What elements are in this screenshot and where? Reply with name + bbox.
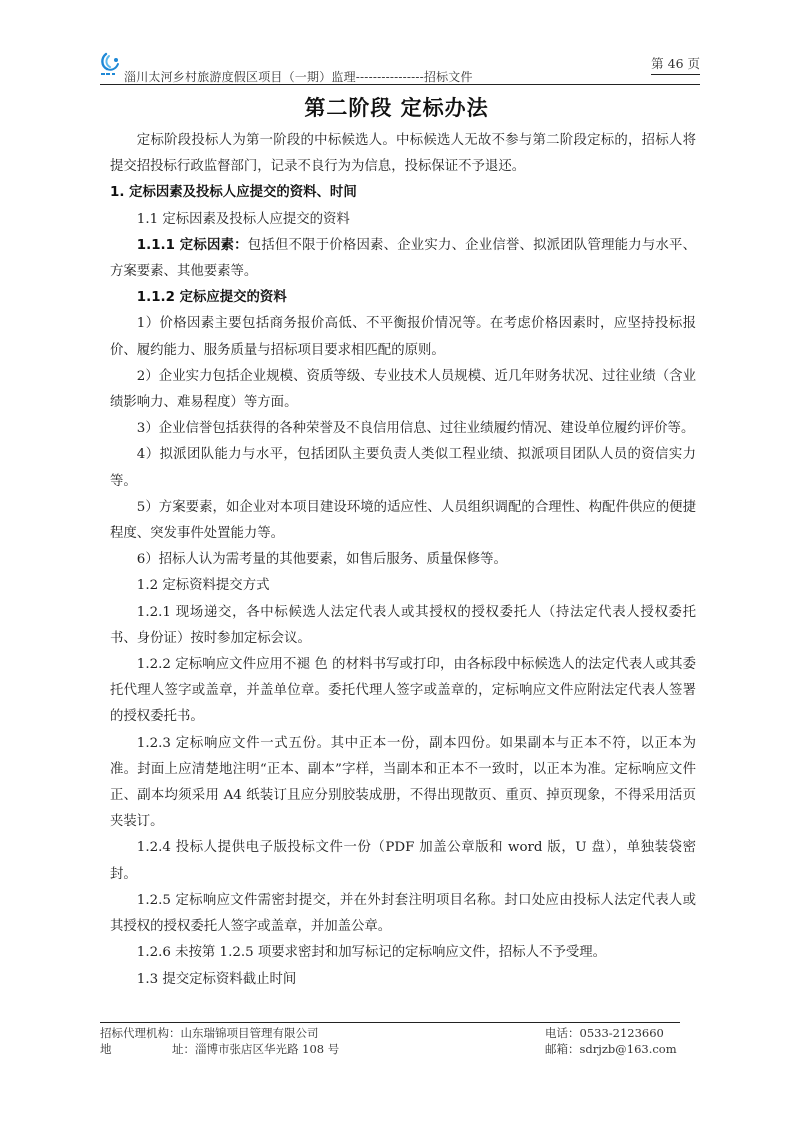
- email-value[interactable]: sdrjzb@163.com: [580, 1042, 677, 1056]
- bold-lead: 1.1.1 定标因素：: [137, 238, 248, 253]
- subsection-1-2-6: 1.2.6 未按第 1.2.5 项要求密封和加写标记的定标响应文件，招标人不予受…: [110, 940, 696, 966]
- document-body: 定标阶段投标人为第一阶段的中标候选人。中标候选人无故不参与第二阶段定标的，招标人…: [110, 128, 696, 993]
- footer-row-1: 招标代理机构：山东瑞锦项目管理有限公司 电话：0533-2123660: [100, 1025, 700, 1041]
- page-number: 第 46 页: [651, 54, 700, 75]
- subsection-1-1: 1.1 定标因素及投标人应提交的资料: [110, 207, 696, 233]
- header-title: 淄川太河乡村旅游度假区项目（一期）监理----------------招标文件: [124, 68, 473, 85]
- agency-label: 招标代理机构：: [100, 1026, 181, 1040]
- subsection-1-3: 1.3 提交定标资料截止时间: [110, 967, 696, 993]
- footer-row-2: 地址：淄博市张店区华光路 108 号 邮箱：sdrjzb@163.com: [100, 1041, 700, 1057]
- phone-value: 0533-2123660: [580, 1026, 664, 1040]
- agency-value: 山东瑞锦项目管理有限公司: [181, 1026, 319, 1040]
- subsection-1-2-4: 1.2.4 投标人提供电子版投标文件一份（PDF 加盖公章版和 word 版，U…: [110, 835, 696, 887]
- subsection-1-2-5: 1.2.5 定标响应文件需密封提交，并在外封套注明项目名称。封口处应由投标人法定…: [110, 888, 696, 940]
- company-logo-icon: [100, 52, 122, 78]
- email-info: 邮箱：sdrjzb@163.com: [545, 1041, 677, 1057]
- subsection-1-2-3: 1.2.3 定标响应文件一式五份。其中正本一份，副本四份。如果副本与正本不符，以…: [110, 731, 696, 836]
- email-label: 邮箱：: [545, 1042, 580, 1056]
- subsection-1-2-2: 1.2.2 定标响应文件应用不褪 色 的材料书写或打印，由各标段中标候选人的法定…: [110, 652, 696, 731]
- address-label-2: 址：: [172, 1042, 195, 1056]
- section-heading: 1. 定标因素及投标人应提交的资料、时间: [110, 180, 696, 206]
- list-item-5: 5）方案要素，如企业对本项目建设环境的适应性、人员组织调配的合理性、构配件供应的…: [110, 495, 696, 547]
- list-item-4: 4）拟派团队能力与水平，包括团队主要负责人类似工程业绩、拟派项目团队人员的资信实…: [110, 442, 696, 494]
- address-value: 淄博市张店区华光路 108 号: [195, 1042, 339, 1056]
- list-item-6: 6）招标人认为需考量的其他要素，如售后服务、质量保修等。: [110, 547, 696, 573]
- page-header: 淄川太河乡村旅游度假区项目（一期）监理----------------招标文件 …: [100, 44, 700, 84]
- page-footer: 招标代理机构：山东瑞锦项目管理有限公司 电话：0533-2123660 地址：淄…: [100, 1025, 700, 1057]
- subsection-1-2-1: 1.2.1 现场递交，各中标候选人法定代表人或其授权的授权委托人（持法定代表人授…: [110, 600, 696, 652]
- phone-info: 电话：0533-2123660: [545, 1025, 664, 1041]
- footer-divider: [100, 1022, 680, 1023]
- list-item-1: 1）价格因素主要包括商务报价高低、不平衡报价情况等。在考虑价格因素时，应坚持投标…: [110, 311, 696, 363]
- bold-heading: 1.1.2 定标应提交的资料: [137, 290, 287, 305]
- list-item-2: 2）企业实力包括企业规模、资质等级、专业技术人员规模、近几年财务状况、过往业绩（…: [110, 364, 696, 416]
- phone-label: 电话：: [545, 1026, 580, 1040]
- intro-paragraph: 定标阶段投标人为第一阶段的中标候选人。中标候选人无故不参与第二阶段定标的，招标人…: [110, 128, 696, 180]
- subsection-1-2: 1.2 定标资料提交方式: [110, 573, 696, 599]
- page-title: 第二阶段 定标办法: [0, 92, 793, 122]
- document-page: 淄川太河乡村旅游度假区项目（一期）监理----------------招标文件 …: [0, 0, 793, 1122]
- address-label-1: 地: [100, 1041, 172, 1057]
- address-info: 地址：淄博市张店区华光路 108 号: [100, 1041, 339, 1057]
- list-item-3: 3）企业信誉包括获得的各种荣誉及不良信用信息、过往业绩履约情况、建设单位履约评价…: [110, 416, 696, 442]
- subsection-1-1-1: 1.1.1 定标因素：包括但不限于价格因素、企业实力、企业信誉、拟派团队管理能力…: [110, 233, 696, 285]
- subsection-1-1-2: 1.1.2 定标应提交的资料: [110, 285, 696, 311]
- agency-info: 招标代理机构：山东瑞锦项目管理有限公司: [100, 1025, 319, 1041]
- header-divider: [100, 84, 700, 85]
